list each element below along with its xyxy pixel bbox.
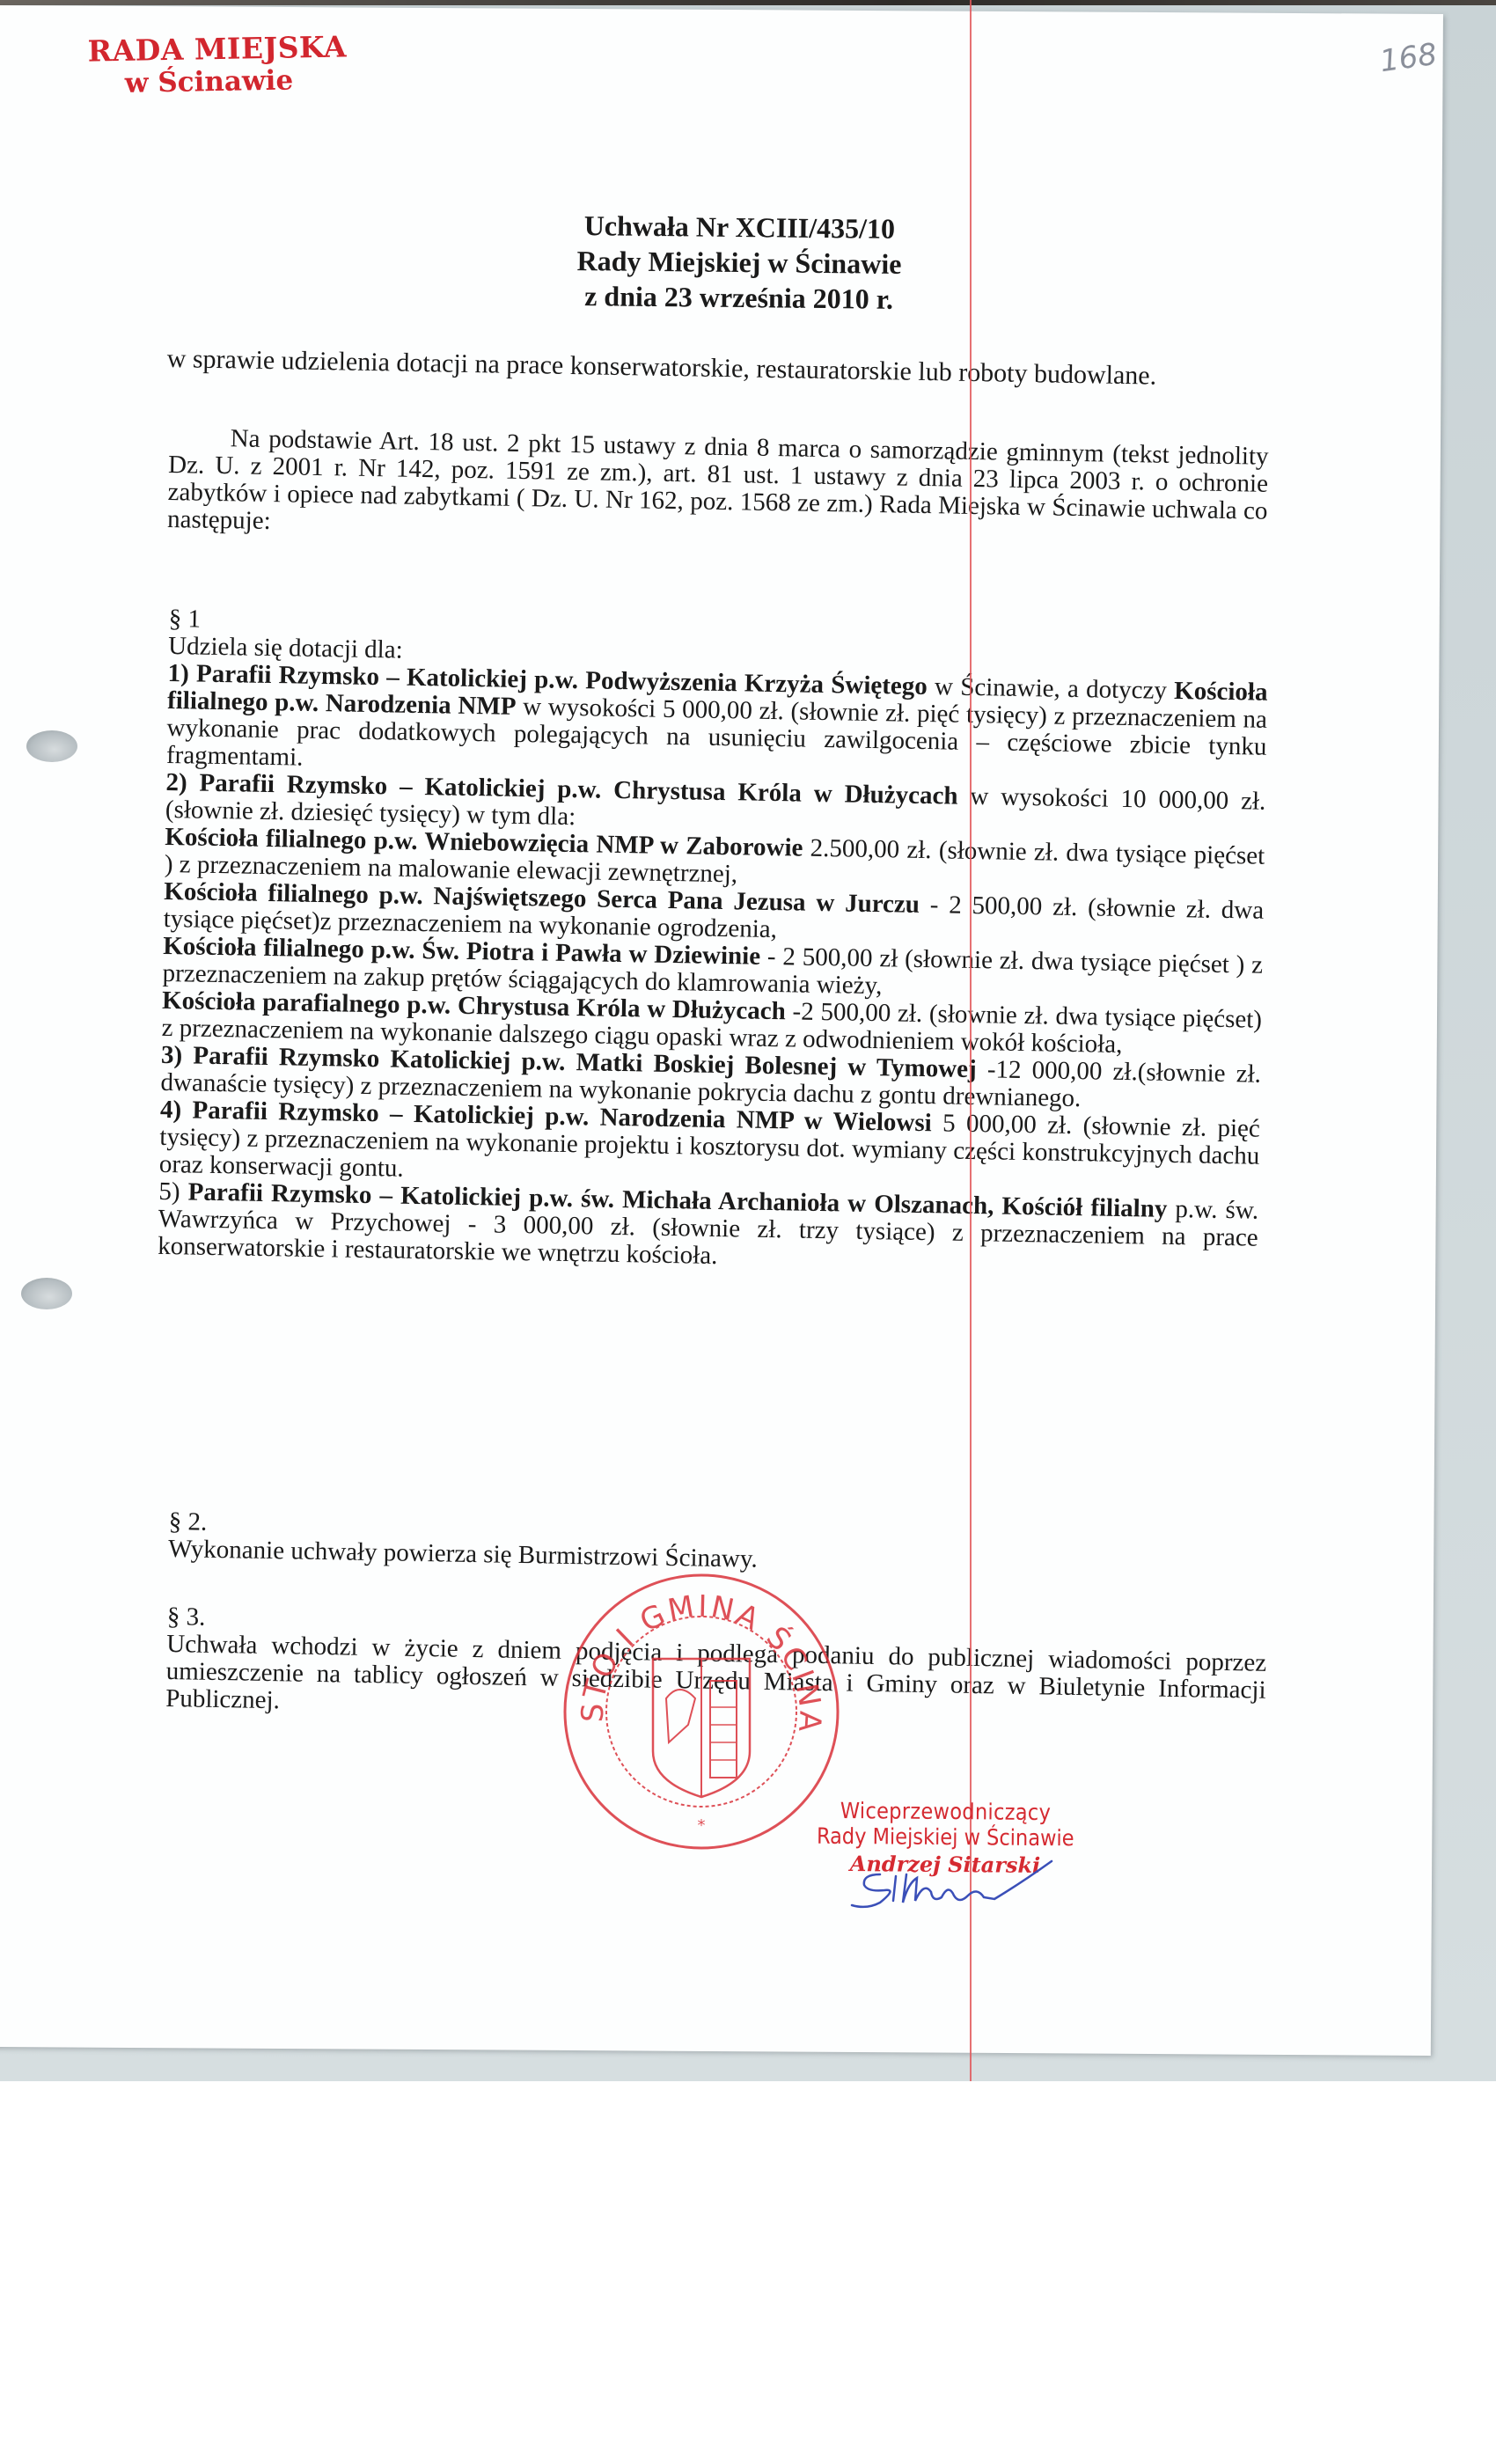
municipal-seal-stamp: MIASTO I GMINA ŚCINAWA * bbox=[556, 1566, 847, 1857]
preamble-text: Na podstawie Art. 18 ust. 2 pkt 15 ustaw… bbox=[167, 424, 1269, 553]
letterhead-line1: RADA MIEJSKA bbox=[87, 29, 347, 68]
item-number: 2) bbox=[165, 768, 187, 796]
signer-body: Rady Miejskiej w Ścinawie bbox=[817, 1823, 1074, 1852]
eagle-icon bbox=[666, 1690, 695, 1742]
title-line1: Uchwała Nr XCIII/435/10 bbox=[493, 207, 986, 247]
punch-hole-icon bbox=[21, 1278, 72, 1309]
item-number: 3) bbox=[161, 1041, 183, 1069]
letterhead-stamp: RADA MIEJSKA w Ścinawie bbox=[87, 29, 348, 99]
svg-text:*: * bbox=[698, 1816, 706, 1835]
punch-hole-icon bbox=[26, 730, 77, 762]
tower-icon bbox=[710, 1681, 737, 1778]
resolution-title: Uchwała Nr XCIII/435/10 Rady Miejskiej w… bbox=[492, 207, 986, 318]
handwritten-signature-icon bbox=[845, 1857, 1065, 1918]
scan-top-edge bbox=[0, 0, 1496, 5]
signer-role: Wiceprzewodniczący bbox=[817, 1798, 1074, 1826]
title-line2: Rady Miejskiej w Ścinawie bbox=[493, 242, 986, 282]
item-number: 4) bbox=[160, 1096, 182, 1124]
item-number: 5) bbox=[158, 1177, 180, 1206]
section-1: § 1 Udziela się dotacji dla: 1) Parafii … bbox=[158, 605, 1269, 1280]
title-line3: z dnia 23 września 2010 r. bbox=[492, 277, 985, 318]
item-number: 1) bbox=[167, 659, 189, 687]
grant-item-1: 1) Parafii Rzymsko – Katolickiej p.w. Po… bbox=[166, 660, 1268, 788]
legal-basis-preamble: Na podstawie Art. 18 ust. 2 pkt 15 ustaw… bbox=[167, 424, 1269, 553]
scan-artifact-red-line bbox=[970, 0, 972, 2081]
letterhead-line2: w Ścinawie bbox=[70, 63, 348, 99]
